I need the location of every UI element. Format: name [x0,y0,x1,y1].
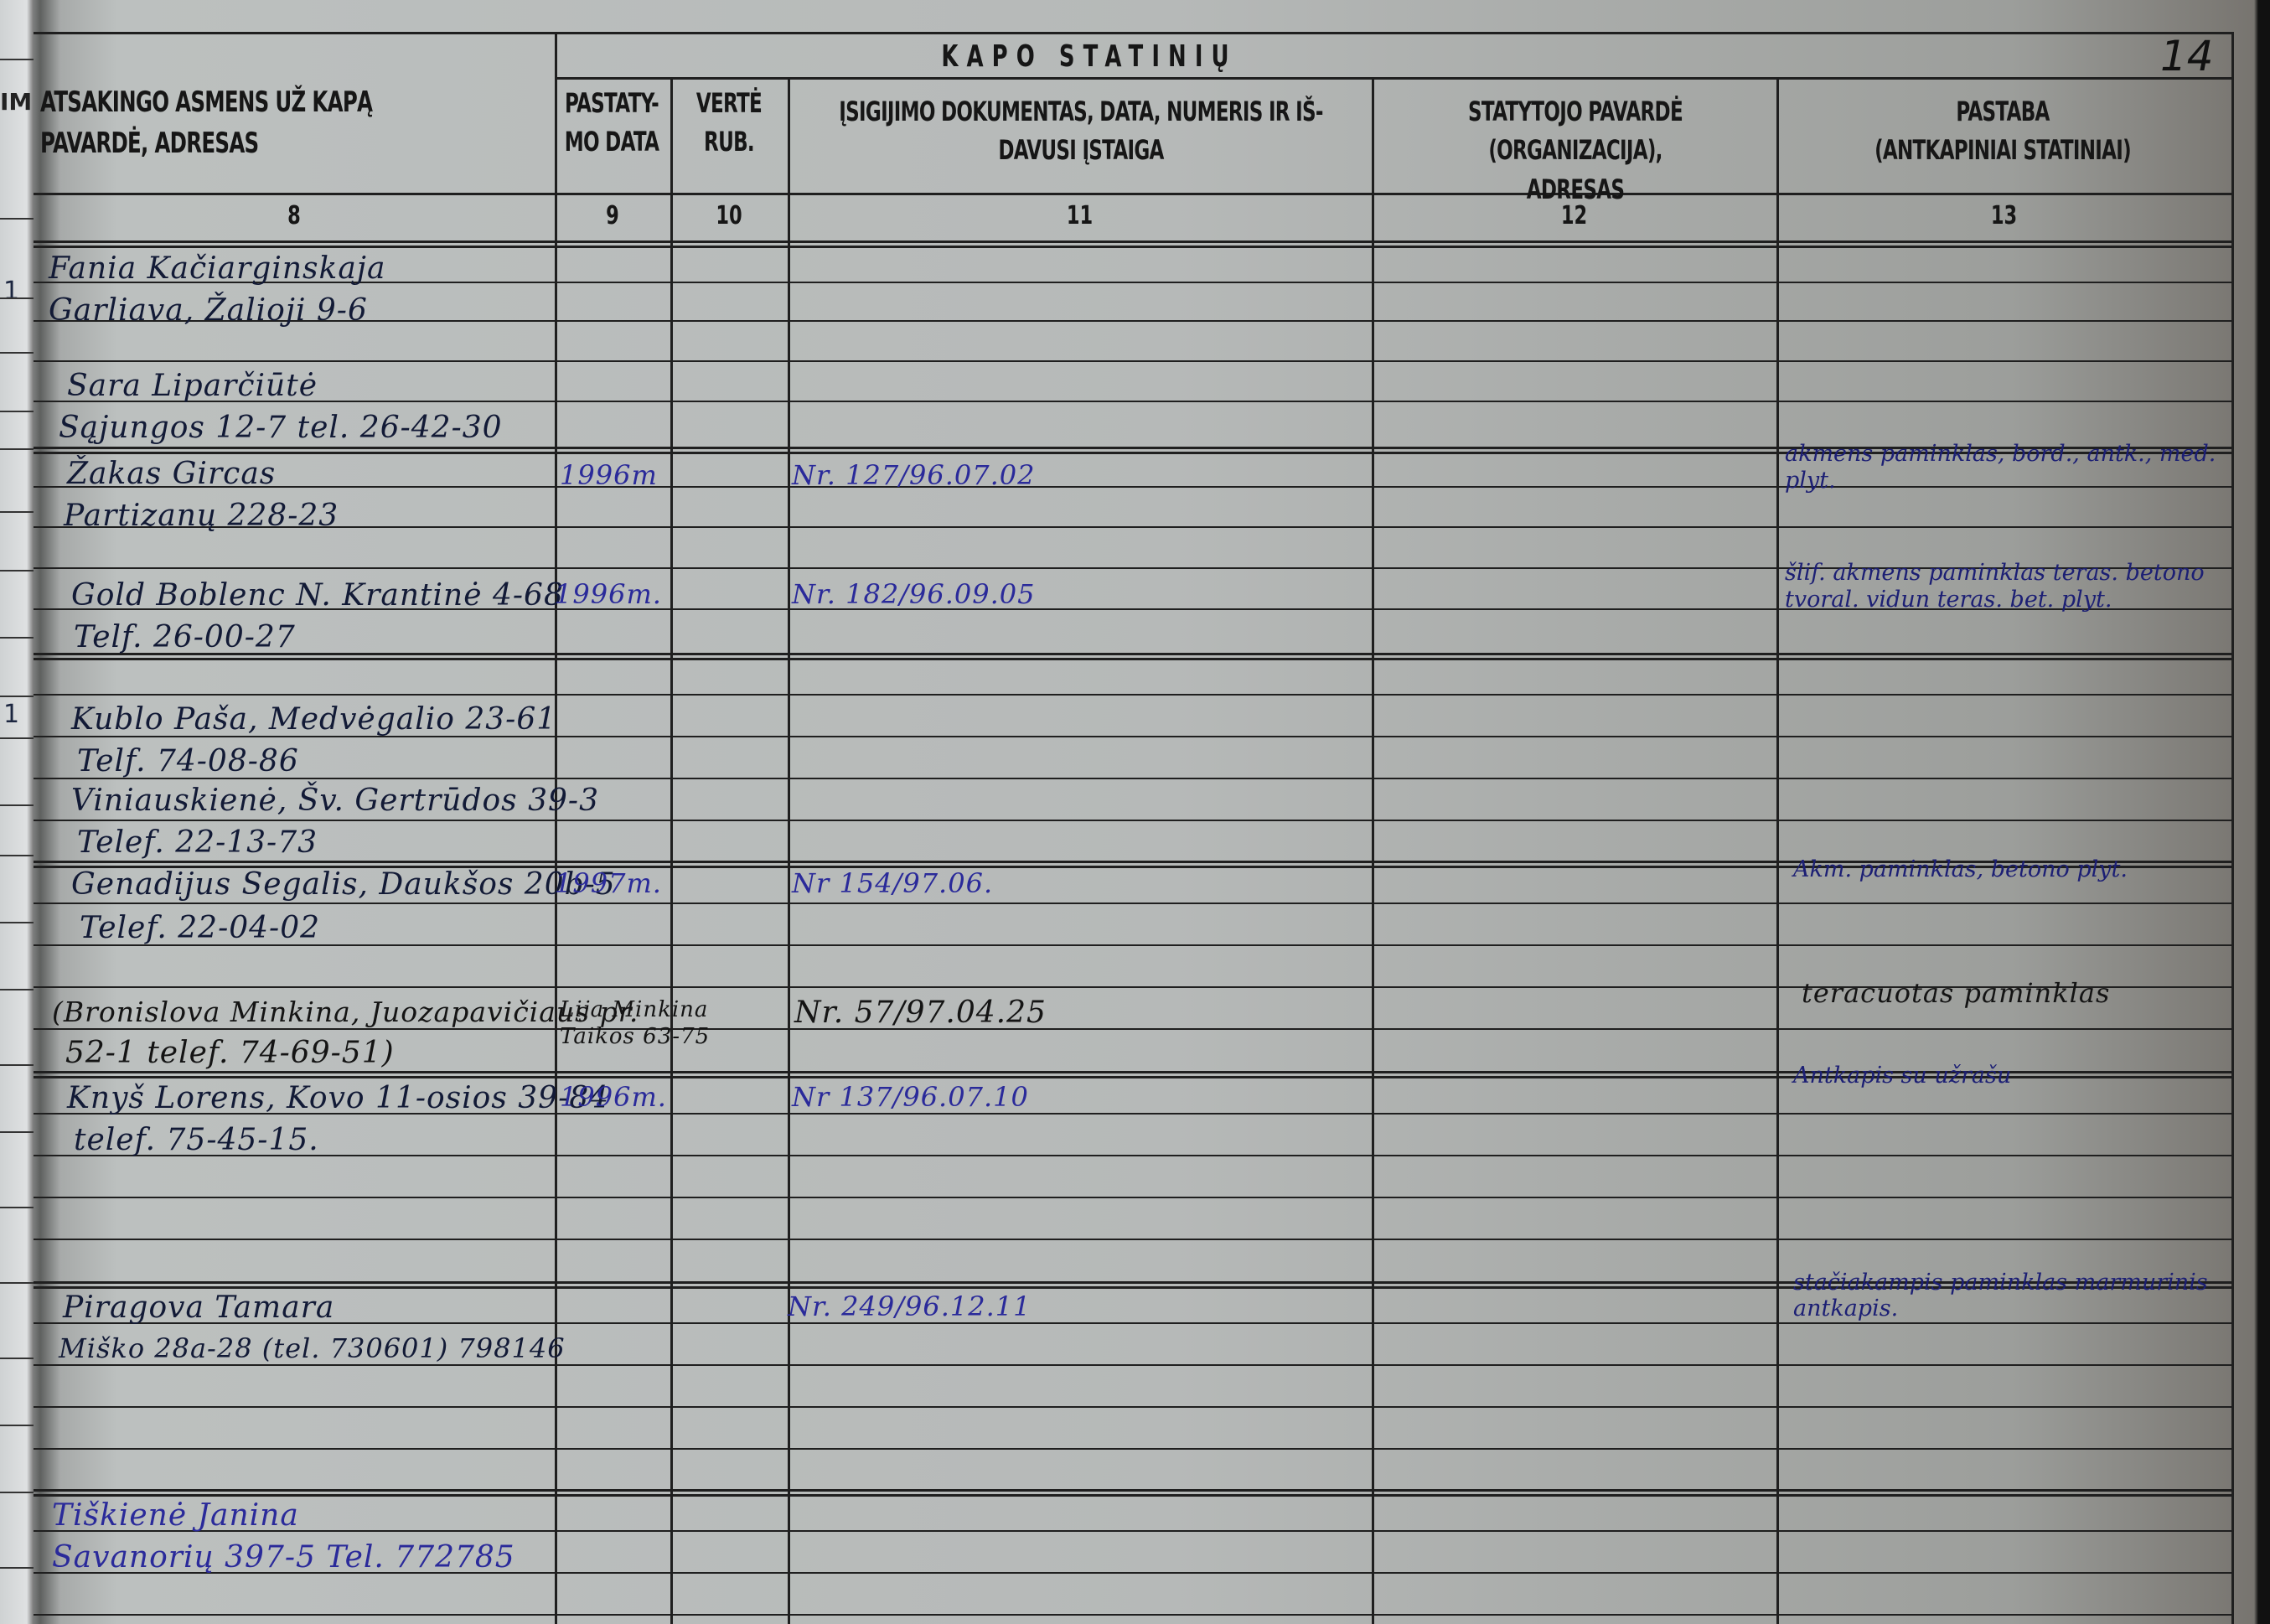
row-rule [34,401,2233,402]
page-right-border [2231,32,2234,1624]
group-title-rule [555,77,2233,80]
entry-responsible-address: Miško 28a-28 (tel. 730601) 798146 [59,1332,566,1364]
header-bottom-rule [34,193,2233,195]
row-rule [34,1239,2233,1240]
entry-acquisition-doc: Nr. 249/96.12.11 [788,1290,1031,1322]
previous-page-header-fragment: IM [0,88,32,116]
entry-responsible-name: Žakas Gircas [67,457,276,491]
entry-responsible-address: Garliava, Žalioji 9-6 [49,293,368,328]
entry-built-date: 1997m. [555,867,662,899]
entry-secondary-phone: Telef. 22-13-73 [77,825,318,860]
entry-acquisition-doc: Nr. 127/96.07.02 [792,459,1035,491]
entry-side-note-name: Lija Minkina [560,997,708,1022]
section-rule [34,653,2233,655]
column-header-10-line2: RUB. [680,122,777,161]
entry-responsible-name: Gold Boblenc N. Krantinė 4-68 [71,578,564,613]
entry-responsible-name: Piragova Tamara [63,1290,334,1325]
row-rule [34,526,2233,528]
column-header-8-line2: PAVARDĖ, ADRESAS [40,123,463,164]
row-rule [34,1614,2233,1616]
entry-responsible-address: Partizanų 228-23 [64,499,339,533]
column-number-11: 11 [861,201,1299,230]
entry-responsible-phone: telef. 75-45-15. [74,1123,319,1157]
group-title: KAPO STATINIŲ [908,35,1270,79]
entry-note: Antkapis su užrašu [1793,1063,2011,1089]
row-rule [34,903,2233,904]
column-divider [1372,77,1374,1624]
entry-responsible-address: 52-1 telef. 74-69-51) [65,1036,395,1070]
column-header-9-line1: PASTATY- [557,84,666,122]
entry-responsible-phone: Telef. 22-04-02 [80,911,320,945]
entry-responsible-name: Kublo Paša, Medvėgalio 23-61 [71,702,556,737]
entry-note: šlif. akmens paminklas teras. betono tvo… [1785,560,2229,614]
row-rule [34,1155,2233,1156]
column-divider [670,77,673,1624]
row-rule [34,360,2233,362]
row-rule [34,778,2233,779]
entry-responsible-name: Tiškienė Janina [52,1498,299,1533]
entry-responsible-phone: Telf. 74-08-86 [77,744,299,778]
entry-acquisition-doc: Nr 154/97.06. [792,867,993,899]
column-header-12: STATYTOJO PAVARDĖ (ORGANIZACIJA), ADRESA… [1388,92,1762,209]
entry-note: stačiakampis paminklas marmurinis antkap… [1793,1270,2229,1321]
row-rule [34,1448,2233,1450]
row-rule [34,1197,2233,1198]
entry-secondary-address: Sąjungos 12-7 tel. 26-42-30 [59,411,503,445]
column-header-12-line1: STATYTOJO PAVARDĖ (ORGANIZACIJA), [1388,92,1762,170]
column-header-13-line2: (ANTKAPINIAI STATINIAI) [1828,131,2178,169]
column-number-12: 12 [1422,201,1725,230]
column-header-10: VERTĖ RUB. [680,84,777,162]
column-header-13-line1: PASTABA [1828,92,2178,131]
entry-responsible-name: Knyš Lorens, Kovo 11-osios 39-84 [67,1081,609,1115]
entry-responsible-name: Fania Kačiarginskaja [49,251,385,286]
row-rule [34,820,2233,821]
entry-responsible-name: (Bronislova Minkina, Juozapavičiaus pr. [52,996,639,1028]
entry-note: teracuotas paminklas [1802,977,2110,1009]
column-header-11: ĮSIGIJIMO DOKUMENTAS, DATA, NUMERIS IR I… [798,92,1365,170]
entry-secondary-name: Sara Liparčiūtė [67,369,318,403]
entry-built-date: 1996m. [560,1081,667,1113]
row-mark: 1 [3,277,19,306]
entry-acquisition-doc: Nr 137/96.07.10 [792,1081,1029,1113]
column-number-13: 13 [1833,201,2174,230]
row-rule [34,1028,2233,1030]
previous-page-edge: IM 1 1 [0,0,34,1624]
entry-built-date: 1996m. [555,578,662,610]
column-divider [788,77,790,1624]
column-number-9: 9 [569,201,656,230]
column-header-9-line2: MO DATA [557,122,666,161]
entry-responsible-address: Savanorių 397-5 Tel. 772785 [52,1540,515,1575]
column-header-8: ATSAKINGO ASMENS UŽ KAPĄ PAVARDĖ, ADRESA… [40,82,463,165]
column-divider [1776,77,1779,1624]
column-divider [555,32,557,1624]
column-header-8-line1: ATSAKINGO ASMENS UŽ KAPĄ [40,82,463,123]
entry-secondary-name: Viniauskienė, Šv. Gertrūdos 39-3 [71,784,599,818]
entry-acquisition-doc: Nr. 182/96.09.05 [792,578,1035,610]
column-header-11-line2: DAVUSI ĮSTAIGA [798,131,1365,169]
row-rule [34,1530,2233,1532]
entry-note: Akm. paminklas, betono plyt. [1793,856,2128,882]
column-header-11-line1: ĮSIGIJIMO DOKUMENTAS, DATA, NUMERIS IR I… [798,92,1365,131]
header-top-rule [34,32,2233,34]
column-number-rule [34,240,2233,243]
column-number-10: 10 [685,201,773,230]
ledger-page: IM 1 1 KAPO STATINIŲ 14 ATSAKINGO ASMENS… [0,0,2270,1624]
row-rule [34,1406,2233,1408]
column-number-8: 8 [99,201,490,230]
row-rule [34,944,2233,946]
row-mark: 1 [3,700,19,729]
page-number: 14 [2160,32,2214,80]
column-header-10-line1: VERTĖ [680,84,777,122]
column-header-13: PASTABA (ANTKAPINIAI STATINIAI) [1828,92,2178,170]
entry-note: akmens paminklas, bord., antk., med. ply… [1785,441,2229,495]
column-header-9: PASTATY- MO DATA [557,84,666,162]
entry-side-note-address: Taikos 63-75 [560,1024,710,1049]
entry-built-date: 1996m [560,459,658,491]
row-rule [34,694,2233,696]
section-rule [34,1489,2233,1492]
row-rule [34,1322,2233,1324]
entry-acquisition-doc: Nr. 57/97.04.25 [794,996,1047,1030]
entry-responsible-address: Telf. 26-00-27 [74,620,296,654]
entry-responsible-name: Genadijus Segalis, Daukšos 20b-5 [71,867,616,902]
row-rule [34,1364,2233,1366]
